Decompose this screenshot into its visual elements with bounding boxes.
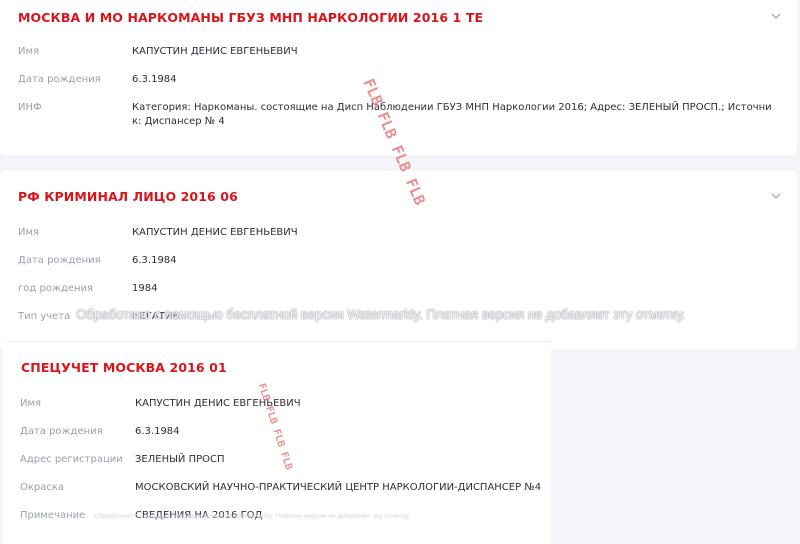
field-label: Дата рождения <box>18 73 128 87</box>
field-value: КАПУСТИН ДЕНИС ЕВГЕНЬЕВИЧ <box>132 45 779 59</box>
card-title: СПЕЦУЧЕТ МОСКВА 2016 01 <box>21 360 227 375</box>
field-value: 6.3.1984 <box>132 73 779 87</box>
field-value: 1984 <box>132 282 779 296</box>
field-label: год рождения <box>18 282 128 296</box>
field-label: Дата рождения <box>20 425 132 439</box>
record-card-special-registry: СПЕЦУЧЕТ МОСКВА 2016 01 Имя КАПУСТИН ДЕН… <box>3 341 551 544</box>
field-value: ЗЕЛЕНЫЙ ПРОСП <box>135 453 533 467</box>
field-value: КАПУСТИН ДЕНИС ЕВГЕНЬЕВИЧ <box>132 226 779 240</box>
field-value: Категория: Наркоманы. состоящие на Дисп … <box>132 101 779 129</box>
record-card-rf-criminal: РФ КРИМИНАЛ ЛИЦО 2016 06 Имя КАПУСТИН ДЕ… <box>0 170 797 350</box>
field-label: Имя <box>18 45 128 59</box>
field-value: КАПУСТИН ДЕНИС ЕВГЕНЬЕВИЧ <box>135 397 533 411</box>
chevron-down-icon[interactable] <box>769 8 783 22</box>
field-value: МОСКОВСКИЙ НАУЧНО-ПРАКТИЧЕСКИЙ ЦЕНТР НАР… <box>135 481 533 495</box>
chevron-down-icon[interactable] <box>769 188 783 202</box>
field-label: Окраска <box>20 481 132 495</box>
field-label: Дата рождения <box>18 254 128 268</box>
field-label: Имя <box>20 397 132 411</box>
record-card-moscow-addicts: МОСКВА И МО НАРКОМАНЫ ГБУЗ МНП НАРКОЛОГИ… <box>0 0 797 156</box>
field-label: ИНФ <box>18 101 128 115</box>
card-title: РФ КРИМИНАЛ ЛИЦО 2016 06 <box>18 189 238 204</box>
card-title: МОСКВА И МО НАРКОМАНЫ ГБУЗ МНП НАРКОЛОГИ… <box>18 10 483 25</box>
field-value: НЕГАТИВ <box>132 310 779 324</box>
field-label: Имя <box>18 226 128 240</box>
field-label: Адрес регистрации <box>20 453 132 467</box>
field-label: Примечание <box>20 509 132 523</box>
field-value: 6.3.1984 <box>135 425 533 439</box>
field-value: СВЕДЕНИЯ НА 2016 ГОД <box>135 509 533 523</box>
field-value: 6.3.1984 <box>132 254 779 268</box>
field-label: Тип учета <box>18 310 128 324</box>
